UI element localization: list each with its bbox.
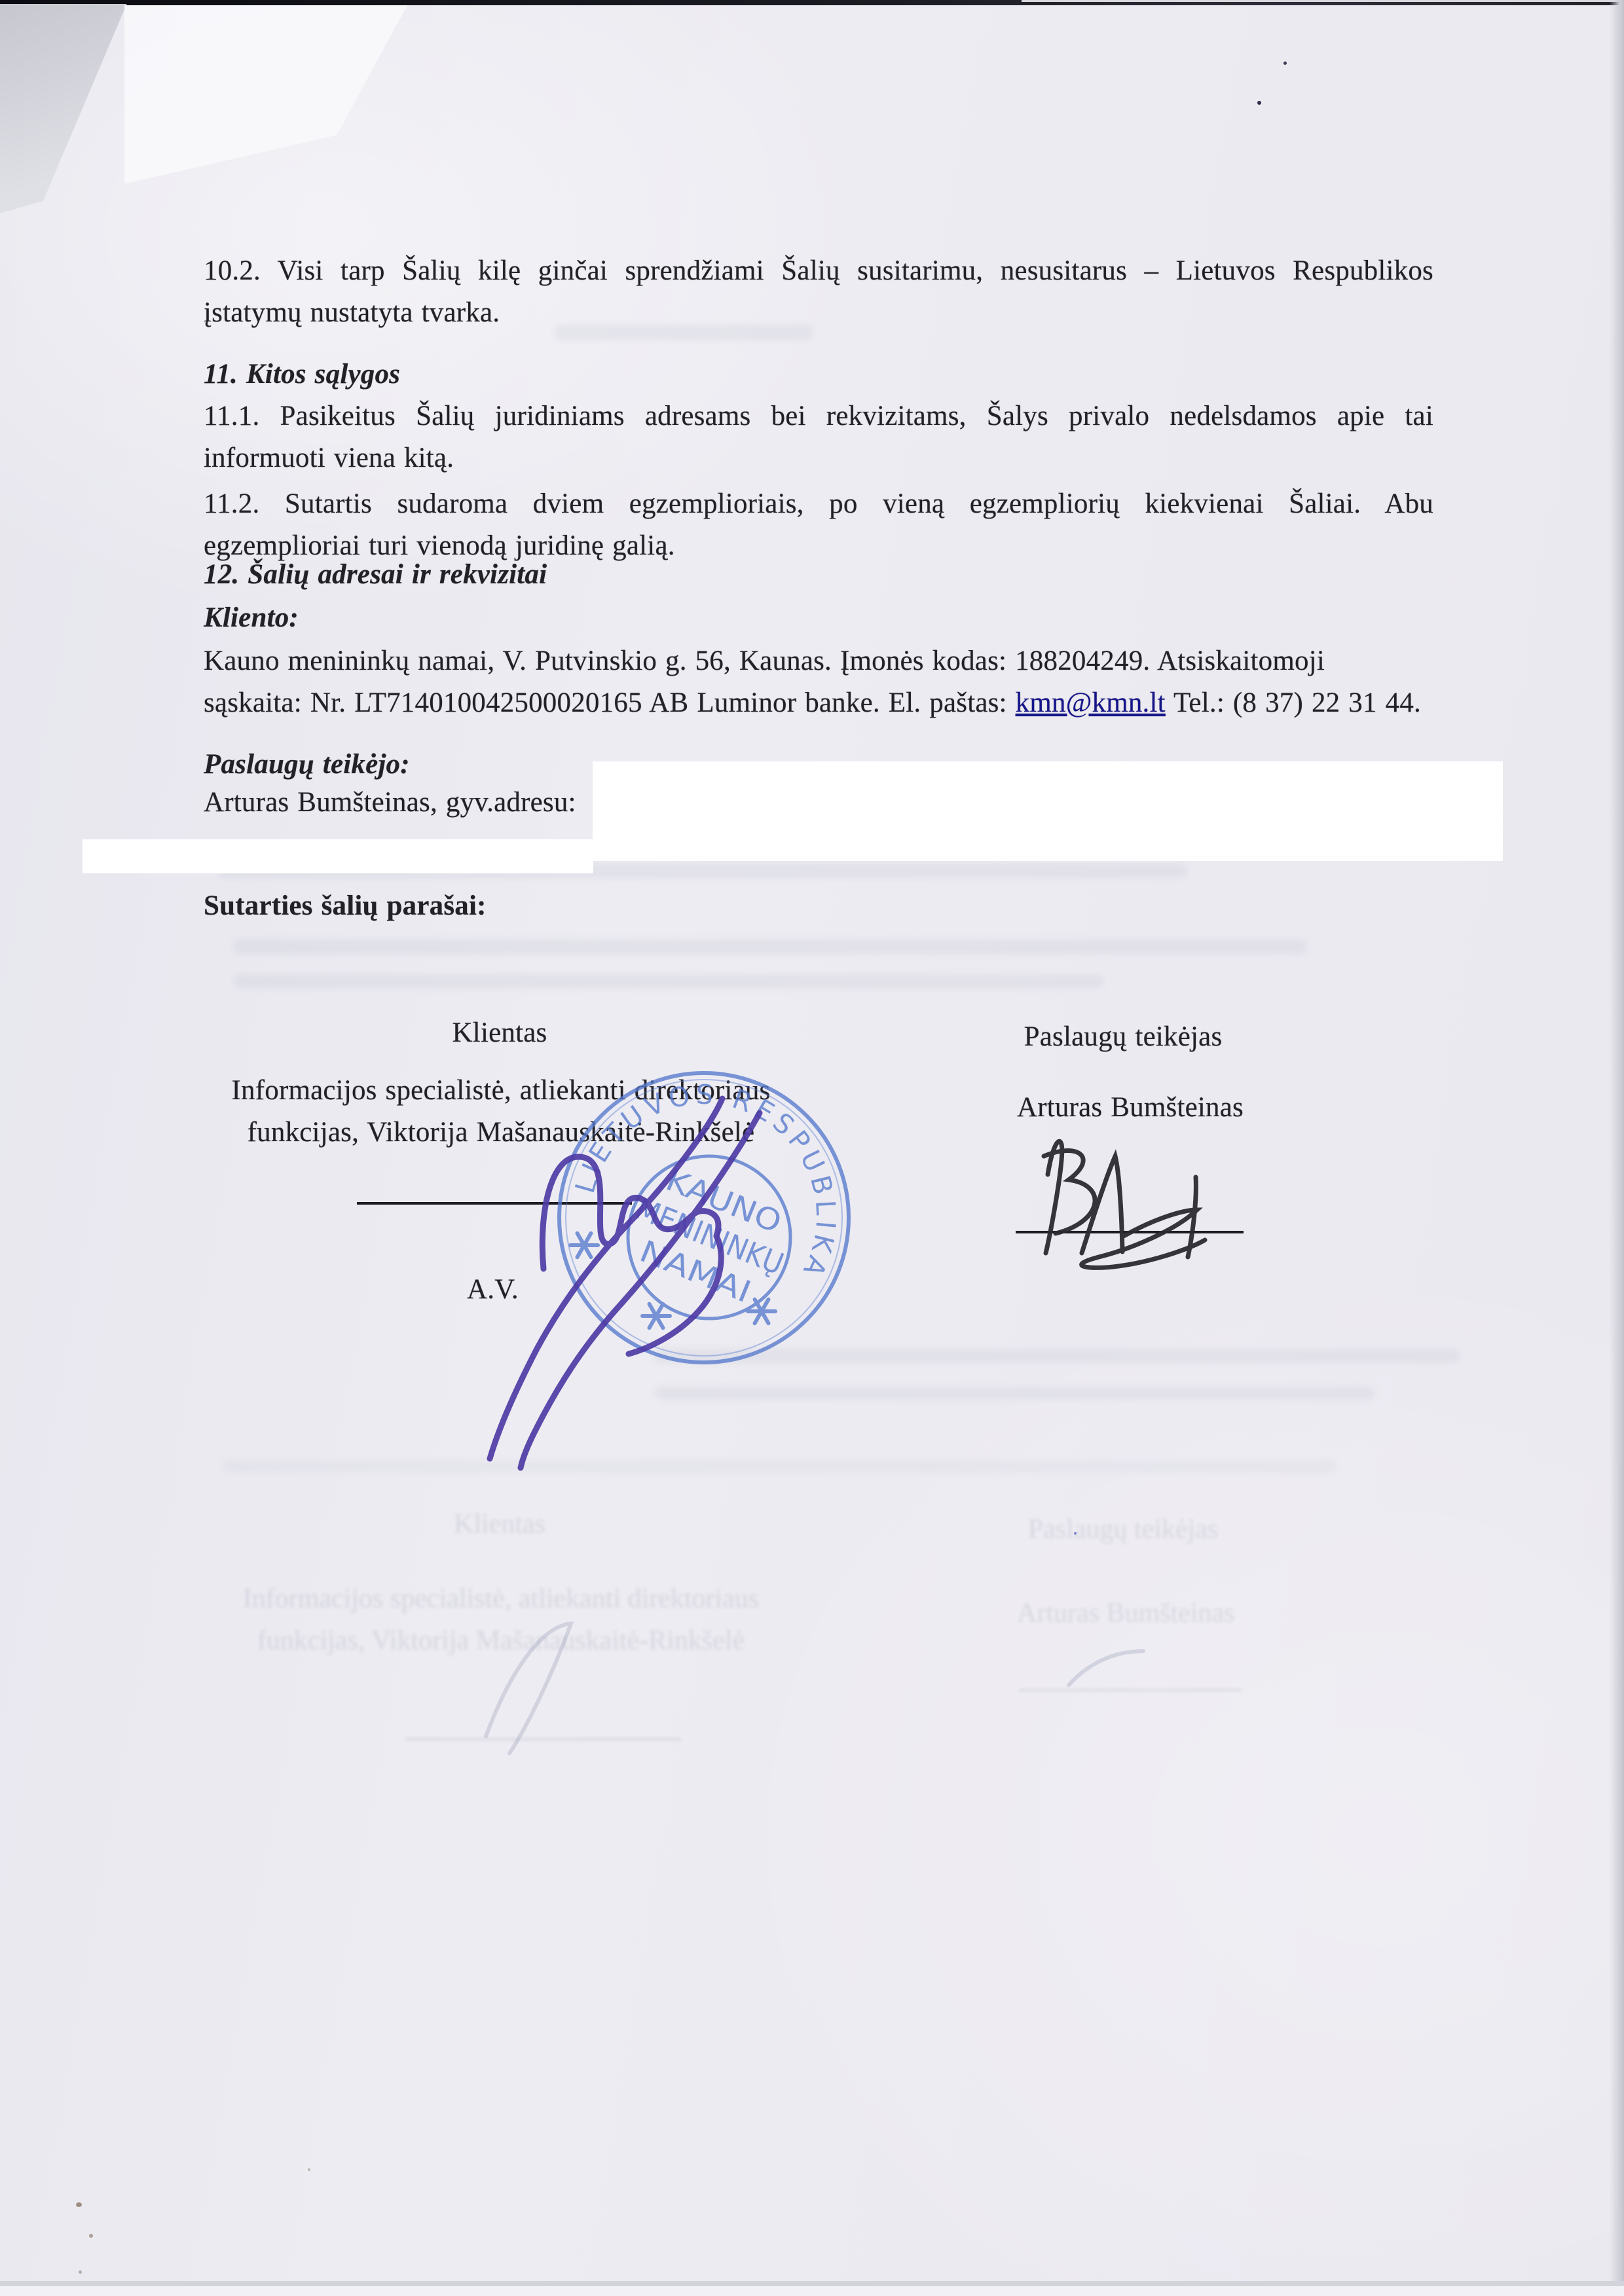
section-12-heading: 12. Šalių adresai ir rekvizitai [204, 554, 547, 596]
scan-bottom-strip [0, 2286, 1624, 2296]
scan-corner-shadow [0, 4, 144, 213]
ghost-text-bar [554, 325, 813, 340]
scan-speck [76, 2202, 82, 2207]
provider-signer-name: Arturas Bumšteinas [1017, 1087, 1244, 1129]
client-details-line1: Kauno menininkų namai, V. Putvinskio g. … [204, 640, 1325, 682]
provider-handwritten-signature [1044, 1141, 1205, 1267]
ghost-client-label: Klientas [303, 1508, 696, 1540]
paragraph-10-2-line1: 10.2. Visi tarp Šalių kilę ginčai sprend… [204, 250, 1433, 292]
paragraph-11-2-line1: 11.2. Sutartis sudaroma dviem egzemplior… [204, 483, 1433, 525]
provider-signature-line [1016, 1231, 1244, 1233]
ghost-client-signer-line1: Informacijos specialistė, atliekanti dir… [216, 1583, 786, 1614]
client-details-line2: sąskaita: Nr. LT714010042500020165 AB Lu… [204, 682, 1421, 724]
provider-address-line: Arturas Bumšteinas, gyv.adresu: [204, 782, 576, 824]
provider-heading: Paslaugų teikėjo: [204, 744, 410, 786]
official-stamp: LIETUVOS RESPUBLIKA KAUNO MENININKŲ NAMA… [507, 1020, 900, 1413]
scan-speck [79, 2270, 82, 2274]
paragraph-11-1-line1: 11.1. Pasikeitus Šalių juridiniams adres… [204, 395, 1433, 437]
scanned-contract-page: Klientas Paslaugų teikėjas Informacijos … [0, 0, 1624, 2296]
client-heading: Kliento: [204, 597, 299, 639]
client-details-line2-pre: sąskaita: Nr. LT714010042500020165 AB Lu… [204, 687, 1016, 718]
redaction-box-left [83, 839, 593, 873]
provider-column-label: Paslaugų teikėjas [927, 1016, 1319, 1058]
scan-corner-highlight [124, 5, 419, 208]
scan-speck [1074, 1532, 1077, 1535]
redaction-box-main [593, 761, 1503, 861]
scan-speck [89, 2234, 93, 2238]
client-email-link: kmn@kmn.lt [1016, 687, 1166, 718]
ghost-signature-line [1019, 1689, 1242, 1691]
scan-speck [1257, 101, 1261, 105]
ghost-client-signer-line2: funkcijas, Viktorija Mašanauskaitė-Rinkš… [216, 1625, 786, 1656]
paragraph-11-1-line2: informuoti viena kitą. [204, 437, 454, 479]
ghost-text-bar [233, 974, 1104, 989]
stamp-graphic: LIETUVOS RESPUBLIKA KAUNO MENININKŲ NAMA… [559, 1038, 882, 1362]
scan-bottom-edge [0, 2281, 1624, 2286]
ghost-provider-label: Paslaugų teikėjas [927, 1514, 1319, 1545]
section-11-heading: 11. Kitos sąlygos [204, 354, 400, 395]
signatures-heading: Sutarties šalių parašai: [204, 885, 487, 927]
client-details-line2-post: Tel.: (8 37) 22 31 44. [1166, 687, 1421, 718]
ghost-text-bar [233, 939, 1307, 955]
scan-right-edge [1610, 0, 1624, 2296]
ghost-provider-signer: Arturas Bumšteinas [1017, 1597, 1234, 1629]
ghost-text-bar [223, 1460, 1336, 1473]
paragraph-10-2-line2: įstatymų nustatyta tvarka. [204, 292, 500, 334]
scan-speck [308, 2168, 310, 2171]
scan-top-edge-light [1022, 0, 1624, 2]
ghost-signature-line [406, 1738, 681, 1740]
scan-speck [1283, 62, 1287, 65]
